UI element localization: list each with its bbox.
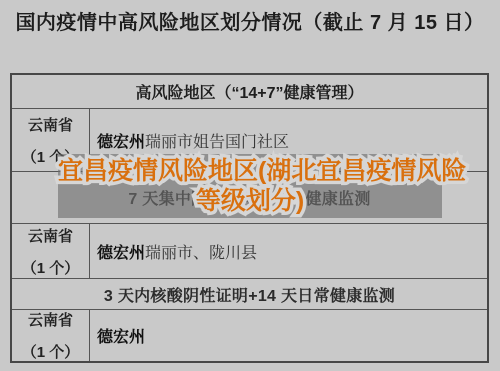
infographic-page: 国内疫情中高风险地区划分情况（截止 7 月 15 日） 高风险地区（“14+7”… [0,0,500,371]
region-name-rest: 瑞丽市姐告国门社区 [145,129,289,152]
region-name-rest: 瑞丽市、陇川县 [145,240,257,263]
quarantine-policy-low: 3 天内核酸阴性证明+14 天日常健康监测 [12,278,487,309]
province-cell: 云南省 （1 个） [12,224,90,278]
province-name: 云南省 [28,225,73,246]
table-row-mid-risk: 云南省 （1 个） 德宏州瑞丽市、陇川县 [12,223,487,278]
watermark-line1: 宜昌疫情风险地区(湖北宜昌疫情风险 宜昌疫情风险地区(湖北宜昌疫情风险 [58,156,442,186]
province-cell: 云南省 （1 个） [12,310,90,361]
province-count: （1 个） [22,341,80,362]
watermark-line1-text: 宜昌疫情风险地区(湖北宜昌疫情风险 [58,157,466,185]
table-header-label: 高风险地区（“14+7”健康管理） [135,80,363,103]
risk-area-table: 高风险地区（“14+7”健康管理） 云南省 （1 个） 德宏州瑞丽市姐告国门社区… [10,73,489,363]
region-cell: 德宏州 [90,310,487,361]
watermark-overlay: 宜昌疫情风险地区(湖北宜昌疫情风险 宜昌疫情风险地区(湖北宜昌疫情风险 等级划分… [58,154,442,218]
table-row-other: 云南省 （1 个） 德宏州 [12,309,487,361]
region-name-bold: 德宏州 [97,129,145,152]
table-header-high-risk: 高风险地区（“14+7”健康管理） [12,75,487,108]
province-name: 云南省 [28,114,73,135]
region-name-bold: 德宏州 [97,324,145,347]
watermark-line2: 等级划分) 等级划分) [58,186,442,216]
province-name: 云南省 [28,309,73,330]
region-cell: 德宏州瑞丽市、陇川县 [90,224,487,278]
province-count: （1 个） [22,257,80,278]
page-title: 国内疫情中高风险地区划分情况（截止 7 月 15 日） [0,6,500,34]
quarantine-policy-low-label: 3 天内核酸阴性证明+14 天日常健康监测 [104,283,395,306]
region-name-bold: 德宏州 [97,240,145,263]
watermark-line2-text: 等级划分) [196,187,304,215]
